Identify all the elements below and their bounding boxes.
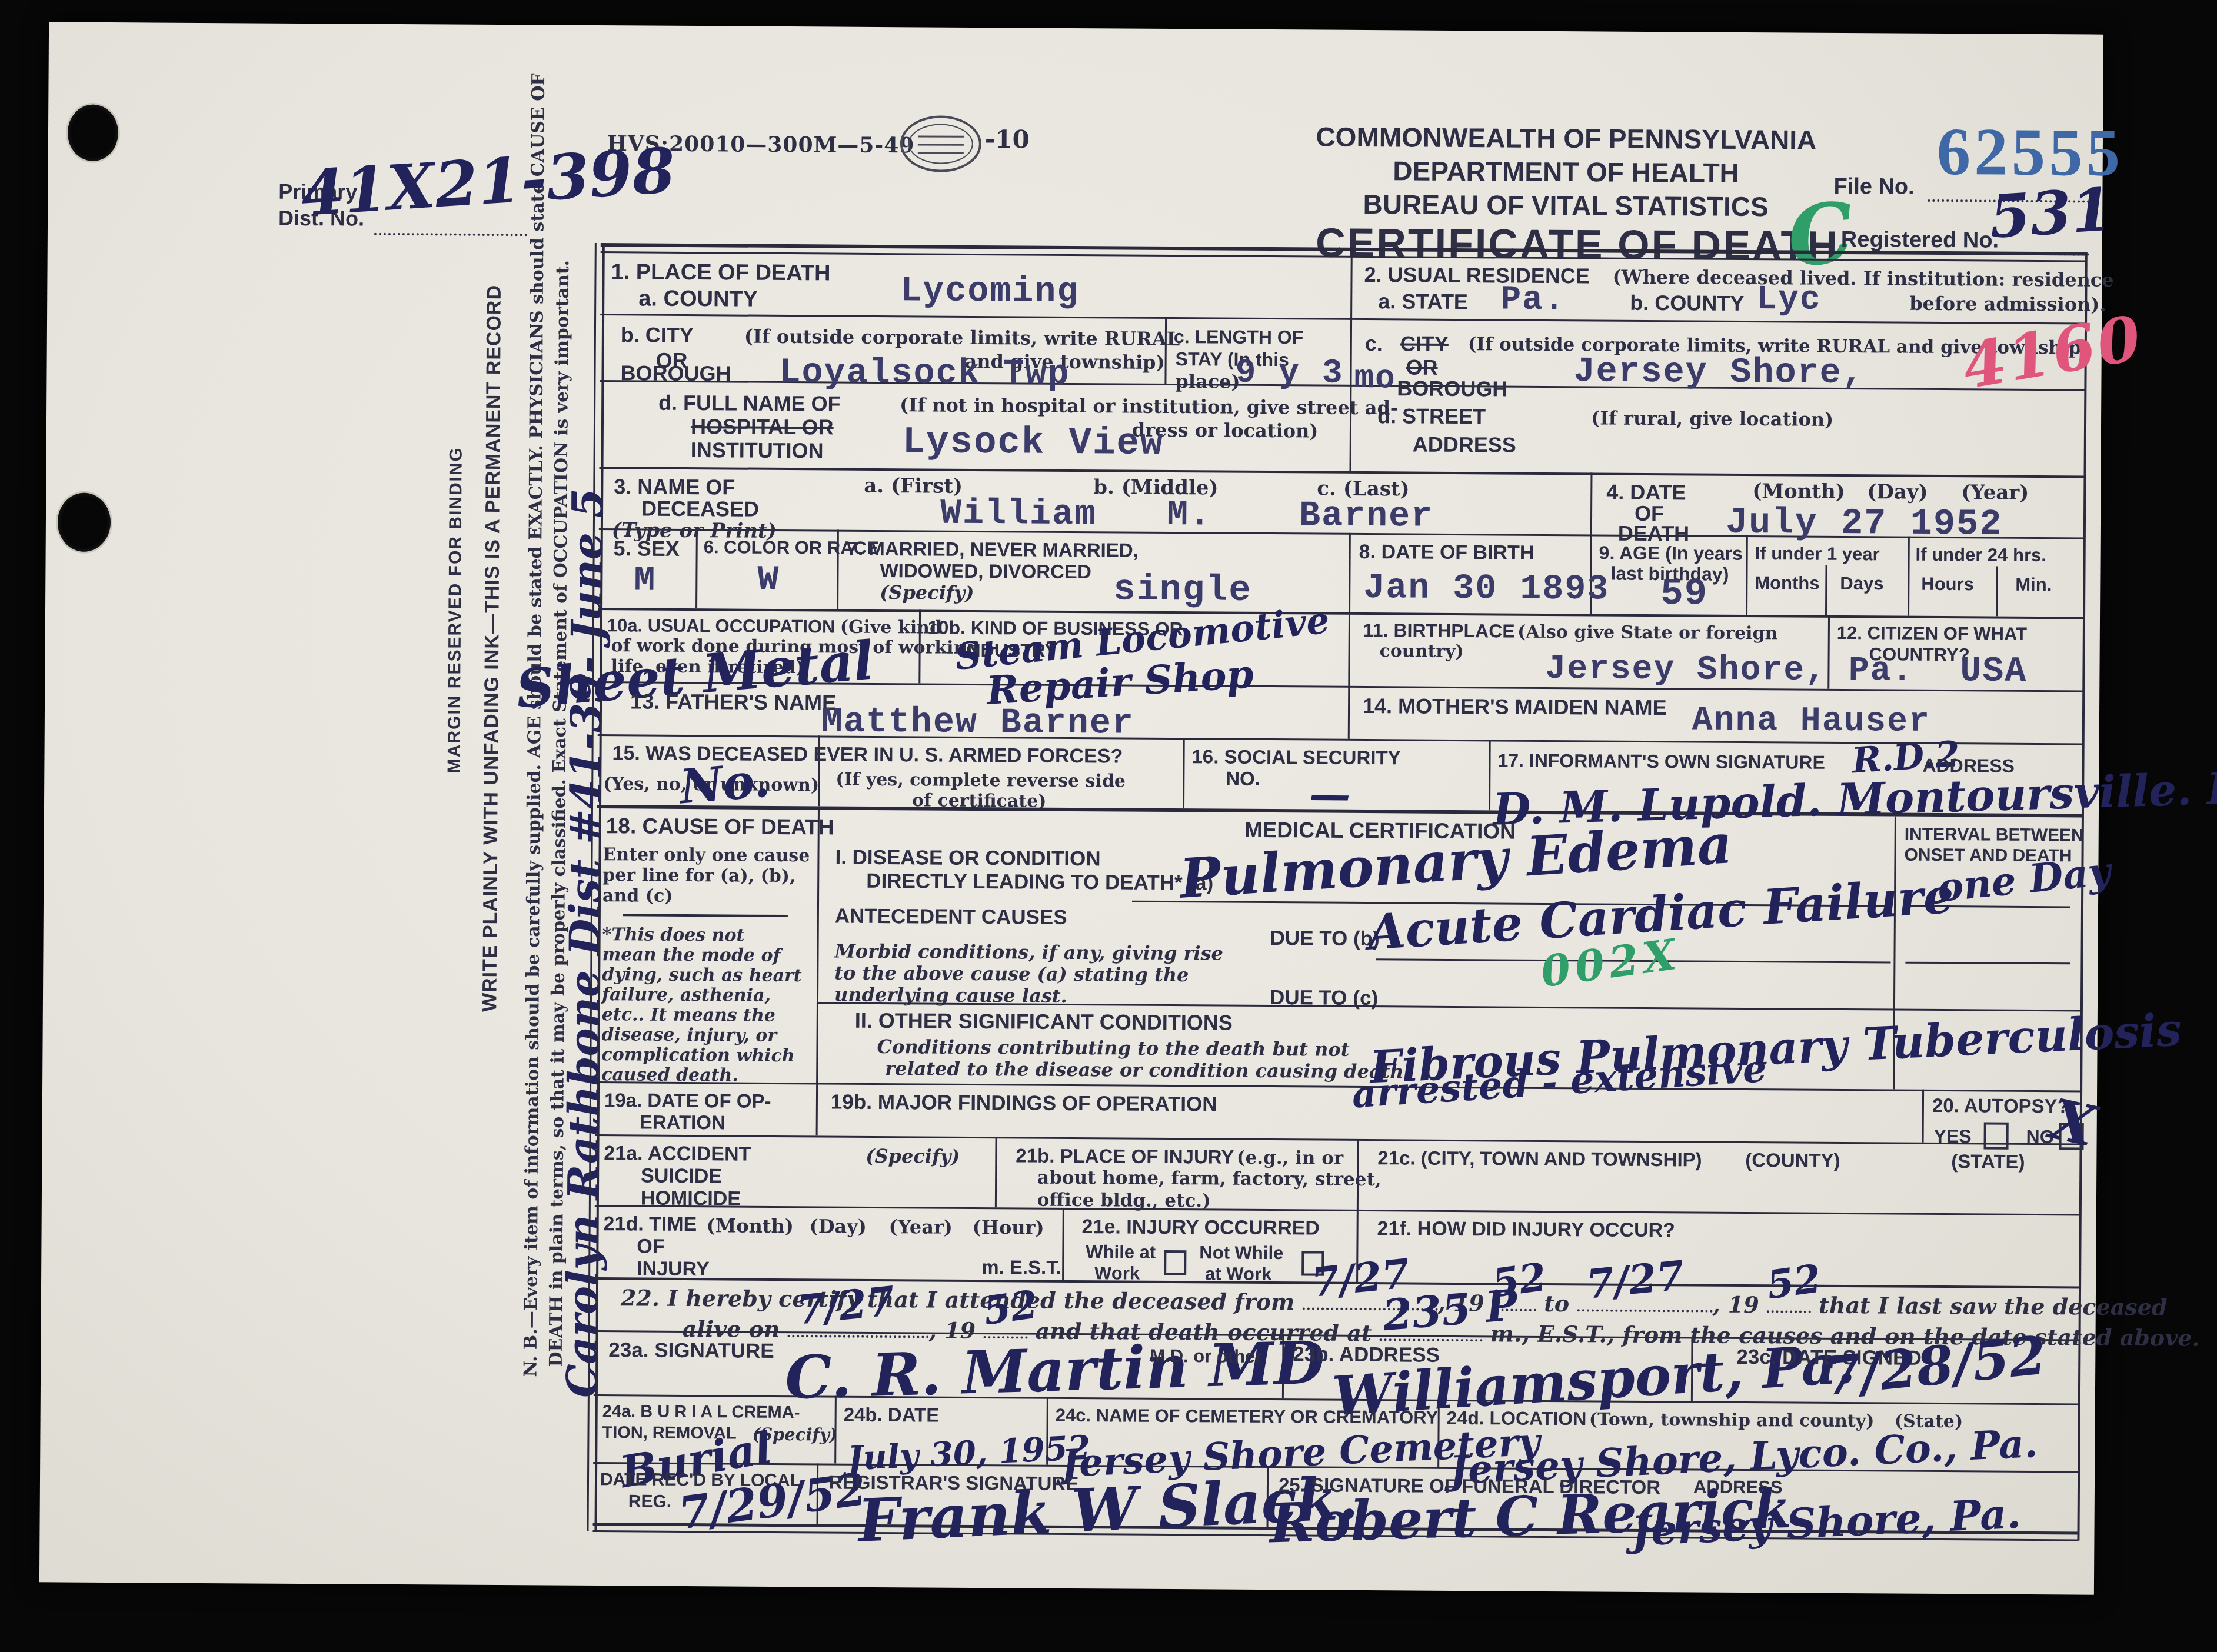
scanned-death-certificate: MARGIN RESERVED FOR BINDING WRITE PLAINL…	[0, 0, 2217, 1652]
birthplace-label-line2: country)	[1380, 641, 1464, 662]
while-at-work-label: Work	[1094, 1263, 1140, 1284]
armed-forces-sub2b: of certificate)	[912, 790, 1047, 811]
injury-time-label2: OF	[637, 1235, 664, 1258]
cemetery-label: 24c. NAME OF CEMETERY OR CREMATORY	[1056, 1405, 1439, 1428]
cause-asterisk-line4: failure, asthenia,	[602, 984, 771, 1006]
certify-blank-4: 52	[1767, 1304, 1811, 1313]
color-race-value: W	[757, 561, 780, 601]
informant-label: 17. INFORMANT'S OWN SIGNATURE	[1497, 750, 1825, 773]
cause-asterisk-line2: mean the mode of	[602, 944, 780, 966]
name-title2: DECEASED	[641, 497, 759, 522]
punch-hole-top	[68, 105, 119, 162]
ssn-value: —	[1309, 770, 1351, 818]
physician-signature-label: 23a. SIGNATURE	[608, 1338, 774, 1363]
place-of-death-title: 1. PLACE OF DEATH	[611, 259, 830, 286]
armed-forces-sub2a: (If yes, complete reverse side	[835, 770, 1126, 792]
while-at-work-checkbox	[1164, 1250, 1186, 1275]
birthplace-label-line1: 11. BIRTHPLACE (Also give State or forei…	[1363, 619, 1778, 644]
accident-label3: HOMICIDE	[641, 1187, 741, 1211]
sex-label: 5. SEX	[614, 536, 680, 561]
residence-borough-value: Jersey Shore,	[1573, 352, 1864, 394]
street-address-label2: ADDRESS	[1413, 432, 1516, 458]
accident-label2: SUICIDE	[641, 1165, 722, 1188]
dob-value: Jan 30 1893	[1363, 568, 1609, 610]
certify-blank-3: 7/27	[1577, 1303, 1712, 1312]
city-paren1: (If outside corporate limits, write RURA…	[744, 325, 1180, 351]
injury-state-label: (STATE)	[1951, 1150, 2025, 1173]
margin-binding-note: MARGIN RESERVED FOR BINDING	[444, 447, 466, 773]
injury-year-label: (Year)	[889, 1215, 953, 1238]
date-received-label2: REG.	[628, 1491, 672, 1511]
institution-struck: HOSPITAL OR	[691, 414, 834, 439]
operation-date-label2: ERATION	[640, 1111, 725, 1134]
registered-no-value: 531	[1988, 175, 2115, 252]
injury-month-label: (Month)	[707, 1214, 794, 1237]
residence-county-label: b. COUNTY	[1630, 291, 1744, 316]
injury-hour-label: (Hour)	[973, 1216, 1044, 1239]
rule	[623, 914, 788, 917]
rule	[1164, 317, 1167, 384]
fathers-name-value: Matthew Barner	[821, 702, 1134, 744]
birthplace-value: Jersey Shore, Pa.	[1545, 650, 1913, 691]
injury-place-paren: (e.g., in or	[1237, 1147, 1344, 1169]
occupation-label: 10a. USUAL OCCUPATION	[607, 615, 835, 637]
street-address-paren: (If rural, give location)	[1591, 407, 1833, 431]
state-value: Pa.	[1500, 281, 1566, 319]
length-of-stay-label1: c. LENGTH OF	[1174, 326, 1304, 348]
institution-label1: d. FULL NAME OF	[658, 391, 841, 417]
rule	[816, 810, 820, 1083]
seal-suffix: -10	[985, 125, 1030, 154]
rule	[1062, 1208, 1064, 1280]
location-paren: (Town, township and county)	[1589, 1409, 1875, 1431]
death-day-label: (Day)	[1867, 480, 1928, 504]
residence-red-stamp: 4160	[1958, 301, 2149, 403]
cause-asterisk-line7: complication which	[601, 1044, 794, 1066]
mothers-maiden-value: Anna Hauser	[1692, 701, 1930, 741]
autopsy-yes-label: YES	[1934, 1125, 1972, 1147]
rule	[1825, 565, 1827, 615]
certify-blank-7: 235 P	[1380, 1333, 1483, 1341]
injury-city-label: 21c. (CITY, TOWN AND TOWNSHIP)	[1377, 1147, 1702, 1171]
certify-year-3: 52	[981, 1281, 1040, 1334]
how-injury-label: 21f. HOW DID INJURY OCCUR?	[1377, 1217, 1675, 1242]
min-label: Min.	[2015, 574, 2052, 595]
length-of-stay-value: 9 y 3	[1235, 354, 1343, 393]
rule	[1348, 533, 1351, 739]
department-line: DEPARTMENT OF HEALTH	[1271, 154, 1860, 189]
cause-asterisk-line6: disease, injury, or	[602, 1024, 777, 1046]
rule	[1489, 740, 1491, 810]
marital-label3: (Specify)	[880, 581, 974, 604]
city-label: b. CITY	[621, 322, 694, 348]
burial-date-value: July 30, 1952	[847, 1428, 1091, 1478]
rule	[595, 1081, 2081, 1092]
rule	[1996, 567, 1998, 617]
cause-asterisk-line8: caused death.	[601, 1064, 738, 1085]
other-conditions-label: II. OTHER SIGNIFICANT CONDITIONS	[855, 1008, 1233, 1035]
burial-date-label: 24b. DATE	[844, 1404, 940, 1427]
cause-note1-line1: Enter only one cause	[602, 844, 810, 866]
length-of-stay-unit: mo	[1354, 359, 1396, 397]
margin-permanent-note: WRITE PLAINLY WITH UNFADING INK—THIS IS …	[478, 285, 506, 1012]
length-of-stay-label3: place)	[1175, 370, 1240, 393]
rule	[1350, 248, 1353, 471]
age-value: 59	[1660, 573, 1708, 615]
cause-note1-line2: per line for (a), (b),	[602, 865, 795, 887]
accident-label1: 21a. ACCIDENT	[604, 1142, 751, 1166]
injury-place-label-line1: 21b. PLACE OF INJURY (e.g., in or	[1016, 1144, 1343, 1168]
marital-label2: WIDOWED, DIVORCED	[880, 559, 1091, 583]
days-label: Days	[1840, 573, 1883, 594]
rule	[595, 1205, 2080, 1215]
under-24-hrs-label: If under 24 hrs.	[1916, 544, 2046, 566]
interval-label1: INTERVAL BETWEEN	[1905, 825, 2084, 846]
rule	[1183, 738, 1185, 808]
citizen-value: USA	[1960, 651, 2027, 692]
certify-text-3: , 19	[1712, 1291, 1759, 1318]
certify-text-5: alive on	[682, 1315, 780, 1343]
birthplace-label: 11. BIRTHPLACE	[1363, 619, 1515, 642]
institution-label2: INSTITUTION	[691, 438, 824, 463]
ssn-label1: 16. SOCIAL SECURITY	[1191, 745, 1400, 769]
operation-date-label1: 19a. DATE OF OP-	[604, 1089, 771, 1113]
citizen-label2: COUNTRY?	[1869, 644, 1970, 665]
autopsy-label: 20. AUTOPSY?	[1932, 1094, 2069, 1117]
borough-label: BOROUGH	[620, 361, 731, 386]
certify-date-2: 7/27	[1584, 1252, 1686, 1308]
marital-value: single	[1113, 568, 1252, 611]
injury-day-label: (Day)	[810, 1215, 867, 1238]
hours-label: Hours	[1921, 574, 1974, 595]
disease-label1: I. DISEASE OR CONDITION	[835, 846, 1100, 871]
under-1-year-label: If under 1 year	[1755, 543, 1880, 565]
md-or-other-label: M.D. or other	[1150, 1345, 1262, 1367]
cause-asterisk-line1: *This does not	[602, 924, 745, 945]
antecedent-label: ANTECEDENT CAUSES	[835, 905, 1067, 930]
sex-value: M	[634, 561, 656, 601]
certify-blank-5: 7/27	[788, 1329, 929, 1338]
operation-findings-label: 19b. MAJOR FINDINGS OF OPERATION	[831, 1091, 1217, 1117]
injury-place-line3: office bldg., etc.)	[1037, 1190, 1211, 1212]
rule	[600, 314, 2086, 324]
residence-county-value: Lyc	[1756, 281, 1822, 319]
rule	[1908, 537, 1910, 616]
certificate-paper: MARGIN RESERVED FOR BINDING WRITE PLAINL…	[39, 22, 2103, 1594]
street-address-label1: d. STREET	[1377, 404, 1486, 429]
location-label: 24d. LOCATION	[1447, 1407, 1587, 1429]
county-label: a. COUNTY	[638, 286, 758, 312]
residence-city-prefix: c.	[1365, 331, 1383, 356]
state-seal-icon	[900, 115, 982, 172]
certify-text-4: that I last saw the deceased	[1819, 1292, 2167, 1321]
dist-no-value: 41X21-398	[299, 134, 677, 230]
burial-label1: 24a. B U R I A L CREMA-	[602, 1402, 800, 1423]
death-year-label: (Year)	[1961, 481, 2029, 505]
registered-no-label: Registered No.	[1841, 227, 1999, 254]
injury-time-label3: INJURY	[637, 1258, 710, 1281]
not-while-at-work-label: at Work	[1205, 1263, 1271, 1285]
rule	[1922, 1090, 1925, 1143]
borough-value: Loyalsock Twp	[779, 353, 1070, 395]
other-conditions-sub2: related to the disease or condition caus…	[885, 1057, 1410, 1083]
not-while-label: Not While	[1199, 1242, 1283, 1264]
months-label: Months	[1755, 572, 1819, 594]
injury-county-label: (COUNTY)	[1745, 1149, 1840, 1172]
institution-value: Lysock View	[903, 421, 1164, 465]
marital-label1: 7. MARRIED, NEVER MARRIED,	[847, 538, 1139, 562]
due-to-b-label: DUE TO (b)	[1270, 927, 1380, 951]
accident-specify-label: (Specify)	[866, 1145, 960, 1168]
certify-date-3: 7/27	[794, 1278, 897, 1334]
age-label1: 9. AGE (In years	[1599, 542, 1743, 564]
citizen-label1: 12. CITIZEN OF WHAT	[1837, 622, 2027, 645]
certify-text-1: 22. I hereby certify that I attended the…	[621, 1284, 1295, 1315]
disease-label2: DIRECTLY LEADING TO DEATH* (a)	[866, 870, 1213, 895]
middle-name-value: M.	[1167, 495, 1211, 535]
cause-asterisk-line3: dying, such as heart	[602, 964, 802, 986]
cause-note1-line3: and (c)	[602, 885, 673, 907]
rule	[816, 1083, 818, 1135]
armed-forces-value: No.	[678, 752, 772, 814]
injury-place-line2: about home, farm, factory, street,	[1037, 1167, 1382, 1191]
dob-label: 8. DATE OF BIRTH	[1359, 541, 1534, 565]
state-label: a. STATE	[1378, 289, 1468, 314]
death-month-label: (Month)	[1752, 479, 1845, 504]
residence-borough-label: BOROUGH	[1397, 376, 1507, 401]
injury-place-label: 21b. PLACE OF INJURY	[1016, 1144, 1234, 1167]
bureau-line: BUREAU OF VITAL STATISTICS	[1271, 188, 1860, 223]
rule	[1905, 962, 2070, 965]
cause-of-death-title: 18. CAUSE OF DEATH	[606, 814, 834, 840]
first-name-value: William	[940, 494, 1097, 535]
rule	[595, 1134, 2081, 1145]
certify-year-2: 52	[1765, 1255, 1824, 1308]
occupation-label-line1: 10a. USUAL OCCUPATION (Give kind	[607, 615, 942, 638]
injury-time-label1: 21d. TIME	[604, 1213, 697, 1236]
rule	[1746, 535, 1748, 615]
rule	[600, 467, 2085, 478]
date-of-death-value: July 27 1952	[1726, 502, 2003, 545]
morbid-line1: Morbid conditions, if any, giving rise	[834, 940, 1223, 965]
other-conditions-sub1: Conditions contributing to the death but…	[877, 1035, 1349, 1061]
residence-city-struck: CITY	[1400, 331, 1449, 357]
ssn-label2: NO.	[1226, 768, 1260, 790]
injury-est-label: m. E.S.T.	[981, 1256, 1061, 1279]
usual-residence-paren1: (Where deceased lived. If institution: r…	[1612, 266, 2113, 291]
cause-asterisk-line5: etc.. It means the	[602, 1004, 775, 1026]
while-at-label: While at	[1086, 1241, 1156, 1263]
rule	[995, 1137, 997, 1207]
institution-paren1: (If not in hospital or institution, give…	[900, 394, 1398, 419]
county-value: Lycoming	[900, 271, 1079, 312]
margin-nb-note-line1: N. B.—Every item of information should b…	[521, 73, 550, 1377]
last-name-value: Barner	[1299, 496, 1433, 537]
birthplace-paren: (Also give State or foreign	[1517, 622, 1777, 644]
fathers-name-label: 13. FATHER'S NAME	[630, 689, 836, 715]
commonwealth-line: COMMONWEALTH OF PENNSYLVANIA	[1272, 121, 1860, 156]
injury-occurred-label: 21e. INJURY OCCURRED	[1082, 1215, 1320, 1240]
dist-no-line	[374, 233, 527, 237]
mothers-maiden-label: 14. MOTHER'S MAIDEN NAME	[1363, 694, 1667, 720]
autopsy-yes-checkbox	[1983, 1122, 2008, 1149]
punch-hole-bottom	[58, 492, 111, 552]
morbid-line2: to the above cause (a) stating the	[834, 962, 1189, 987]
